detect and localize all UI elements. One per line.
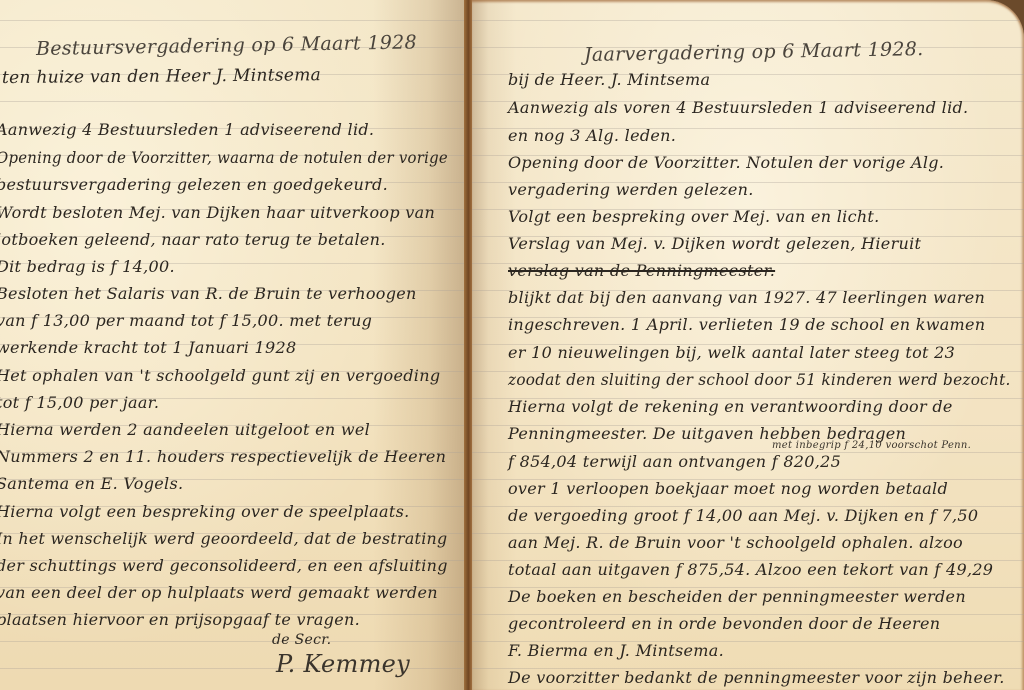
left-line: plaatsen hiervoor en prijsopgaaf te vrag…: [0, 610, 360, 629]
right-line: de vergoeding groot f 14,00 aan Mej. v. …: [508, 506, 978, 525]
interlinear-note: met inbegrip f 24,10 voorschot Penn.: [772, 440, 971, 451]
right-line: Volgt een bespreking over Mej. van en li…: [508, 207, 880, 226]
left-page-subheading: ten huize van den Heer J. Mintsema: [2, 65, 321, 88]
left-line: In het wenschelijk werd geoordeeld, dat …: [0, 529, 447, 548]
right-line: Verslag van Mej. v. Dijken wordt gelezen…: [508, 234, 921, 253]
right-line: gecontroleerd en in orde bevonden door d…: [508, 614, 940, 633]
left-line: van een deel der op hulplaats werd gemaa…: [0, 583, 438, 602]
right-line: F. Bierma en J. Mintsema.: [508, 641, 724, 660]
right-line: over 1 verloopen boekjaar moet nog worde…: [508, 479, 948, 498]
left-page-heading: Bestuursvergadering op 6 Maart 1928: [36, 31, 417, 60]
right-page-heading: Jaarvergadering op 6 Maart 1928.: [584, 38, 924, 66]
right-line: aan Mej. R. de Bruin voor 't schoolgeld …: [508, 533, 963, 552]
left-line: van f 13,00 per maand tot f 15,00. met t…: [0, 311, 372, 330]
closing-title: de Secr.: [272, 632, 331, 648]
left-line: Santema en E. Vogels.: [0, 474, 183, 493]
left-page: Bestuursvergadering op 6 Maart 1928 ten …: [0, 0, 466, 690]
right-line: Hierna volgt de rekening en verantwoordi…: [508, 397, 953, 416]
left-line: Dit bedrag is f 14,00.: [0, 257, 175, 276]
left-line: der schuttings werd geconsolideerd, en e…: [0, 556, 448, 575]
right-line: en nog 3 Alg. leden.: [508, 126, 676, 145]
left-line: bestuursvergadering gelezen en goedgekeu…: [0, 175, 388, 194]
right-line: bij de Heer. J. Mintsema: [508, 70, 710, 89]
left-line: Opening door de Voorzitter, waarna de no…: [0, 148, 448, 167]
right-line: De voorzitter bedankt de penningmeester …: [508, 668, 1005, 687]
right-line: zoodat den sluiting der school door 51 k…: [508, 370, 1011, 389]
right-line: Aanwezig als voren 4 Bestuursleden 1 adv…: [508, 98, 968, 117]
right-line: totaal aan uitgaven f 875,54. Alzoo een …: [508, 560, 993, 579]
left-line: werkende kracht tot 1 Januari 1928: [0, 338, 296, 357]
right-line: vergadering werden gelezen.: [508, 180, 754, 199]
left-line: Het ophalen van 't schoolgeld gunt zij e…: [0, 366, 440, 385]
right-line: f 854,04 terwijl aan ontvangen f 820,25: [508, 452, 841, 471]
left-line: lotboeken geleend, naar rato terug te be…: [0, 230, 386, 249]
left-line: Hierna werden 2 aandeelen uitgeloot en w…: [0, 420, 370, 439]
left-line: Aanwezig 4 Bestuursleden 1 adviseerend l…: [0, 120, 374, 139]
right-line: Opening door de Voorzitter. Notulen der …: [508, 153, 944, 172]
notebook-spread: Bestuursvergadering op 6 Maart 1928 ten …: [0, 0, 1024, 690]
right-line: De boeken en bescheiden der penningmeest…: [508, 587, 966, 606]
left-line: Besloten het Salaris van R. de Bruin te …: [0, 284, 417, 303]
left-line: tot f 15,00 per jaar.: [0, 393, 159, 412]
right-line: er 10 nieuwelingen bij, welk aantal late…: [508, 343, 955, 362]
right-page: Jaarvergadering op 6 Maart 1928. bij de …: [472, 0, 1024, 690]
signature: P. Kemmey: [276, 650, 410, 678]
right-line-struck: verslag van de Penningmeester.: [508, 261, 775, 280]
left-line: Wordt besloten Mej. van Dijken haar uitv…: [0, 203, 435, 222]
left-line: Nummers 2 en 11. houders respectievelijk…: [0, 447, 446, 466]
left-line: Hierna volgt een bespreking over de spee…: [0, 502, 409, 521]
right-line: ingeschreven. 1 April. verlieten 19 de s…: [508, 315, 985, 334]
right-line: blijkt dat bij den aanvang van 1927. 47 …: [508, 288, 985, 307]
